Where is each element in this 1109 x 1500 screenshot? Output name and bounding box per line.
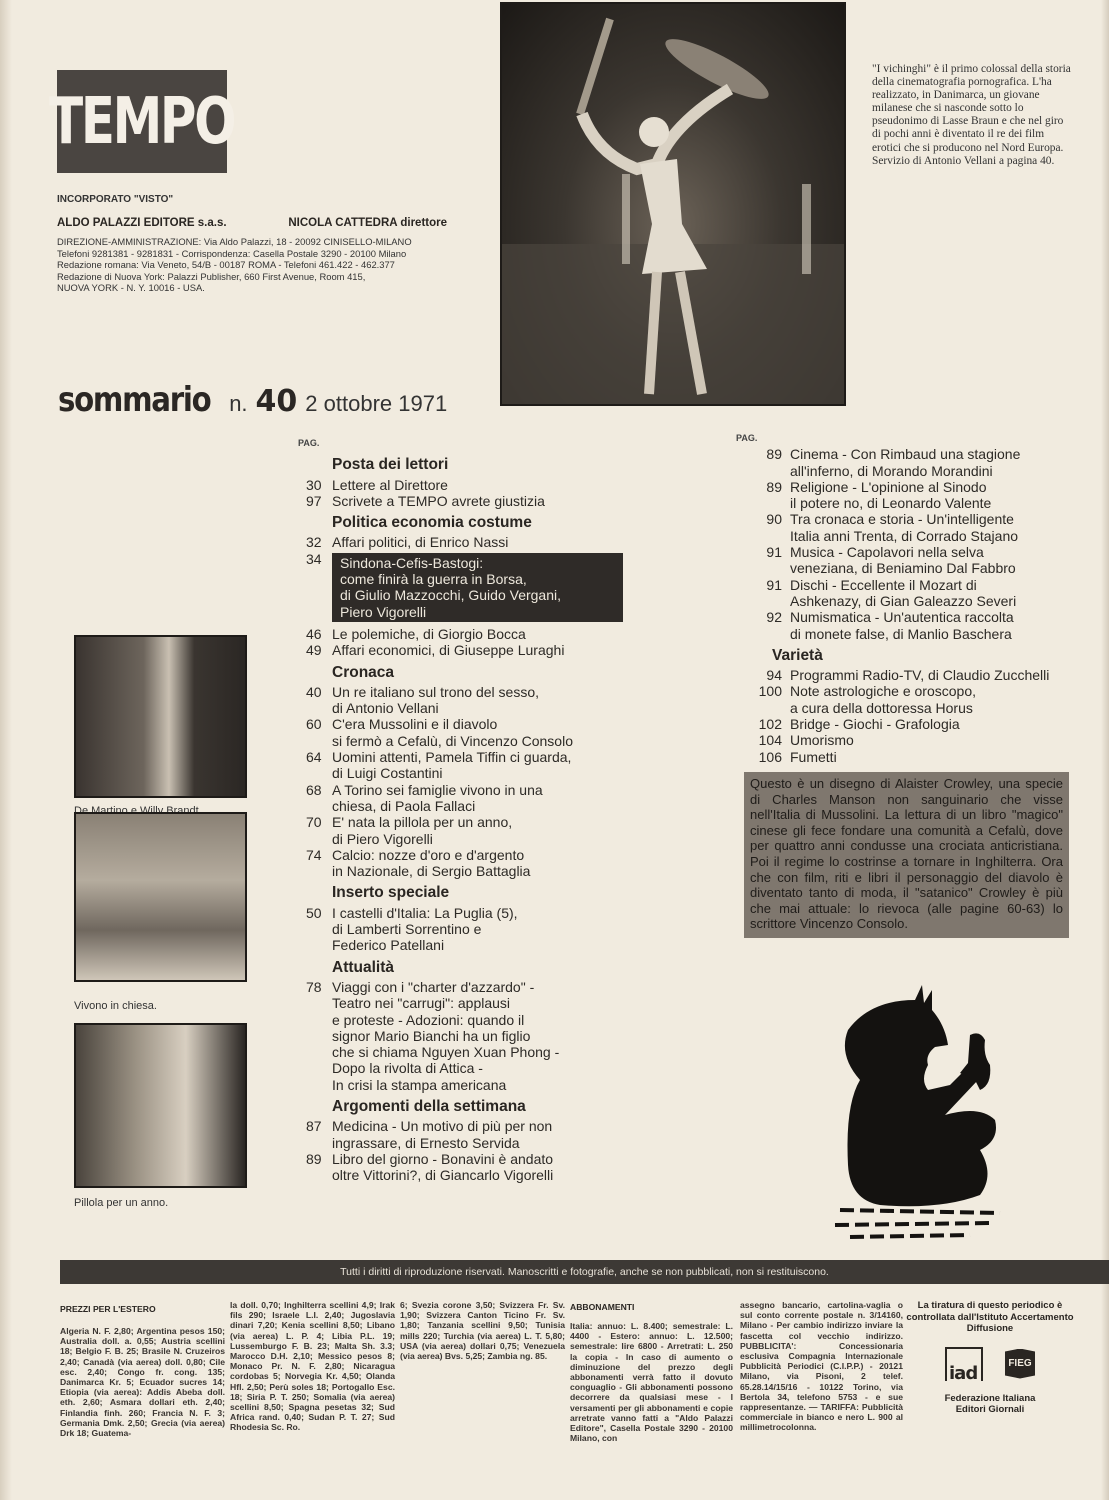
toc-page-number: 100 bbox=[748, 683, 790, 716]
toc-right-column: PAG. 89Cinema - Con Rimbaud una stagione… bbox=[748, 430, 1078, 765]
toc-entry: 89Religione - L'opinione al Sinodo il po… bbox=[748, 479, 1078, 512]
page-edge-shadow bbox=[0, 0, 12, 1500]
toc-entry: 102Bridge - Giochi - Grafologia bbox=[748, 716, 1078, 732]
rights-text: Tutti i diritti di riproduzione riservat… bbox=[340, 1266, 829, 1278]
toc-entry: 91Musica - Capolavori nella selva venezi… bbox=[748, 544, 1078, 577]
toc-entry: 74Calcio: nozze d'oro e d'argento in Naz… bbox=[306, 847, 636, 880]
toc-page-number: 60 bbox=[306, 716, 332, 749]
toc-article-title: E' nata la pillola per un anno, di Piero… bbox=[332, 814, 512, 847]
toc-article-title: Un re italiano sul trono del sesso, di A… bbox=[332, 684, 539, 717]
toc-article-title: Tra cronaca e storia - Un'intelligente I… bbox=[790, 511, 1018, 544]
toc-article-title: Medicina - Un motivo di più per non ingr… bbox=[332, 1118, 552, 1151]
toc-page-number: 92 bbox=[748, 609, 790, 642]
viking-woman-photo bbox=[500, 2, 846, 406]
address-line: Redazione di Nuova York: Palazzi Publish… bbox=[57, 271, 447, 283]
toc-article-title: Le polemiche, di Giorgio Bocca bbox=[332, 626, 526, 642]
toc-entry: 60C'era Mussolini e il diavolo si fermò … bbox=[306, 716, 636, 749]
toc-entry: 87Medicina - Un motivo di più per non in… bbox=[306, 1118, 636, 1151]
crowley-info-box: Questo è un disegno di Alaister Crowley,… bbox=[744, 772, 1069, 938]
toc-page-number: 34 bbox=[306, 551, 332, 626]
toc-page-number: 91 bbox=[748, 577, 790, 610]
prices-column-3: 6; Svezia corone 3,50; Svizzera Fr. Sv. … bbox=[400, 1300, 565, 1361]
toc-page-number: 64 bbox=[306, 749, 332, 782]
toc-article-title: I castelli d'Italia: La Puglia (5), di L… bbox=[332, 905, 518, 954]
toc-entry: 92Numismatica - Un'autentica raccolta di… bbox=[748, 609, 1078, 642]
toc-page-number: 102 bbox=[748, 716, 790, 732]
toc-entry: 30Lettere al Direttore bbox=[306, 477, 636, 493]
toc-page-number: 90 bbox=[748, 511, 790, 544]
toc-entry: 70E' nata la pillola per un anno, di Pie… bbox=[306, 814, 636, 847]
toc-article-title: Scrivete a TEMPO avrete giustizia bbox=[332, 493, 545, 509]
fieg-name: Federazione Italiana Editori Giornali bbox=[900, 1393, 1080, 1416]
toc-section-heading: Inserto speciale bbox=[332, 885, 636, 901]
sommario-title: sommario bbox=[58, 380, 210, 420]
toc-page-number: 97 bbox=[306, 493, 332, 509]
toc-page-number: 30 bbox=[306, 477, 332, 493]
toc-entry: 40Un re italiano sul trono del sesso, di… bbox=[306, 684, 636, 717]
photo-caption: Pillola per un anno. bbox=[74, 1197, 168, 1209]
toc-article-title: Note astrologiche e oroscopo, a cura del… bbox=[790, 683, 976, 716]
toc-entry: 68A Torino sei famiglie vivono in una ch… bbox=[306, 782, 636, 815]
toc-entry: 97Scrivete a TEMPO avrete giustizia bbox=[306, 493, 636, 509]
toc-section-heading: Varietà bbox=[772, 648, 1078, 664]
toc-page-number: 49 bbox=[306, 642, 332, 658]
toc-article-title: Programmi Radio-TV, di Claudio Zucchelli bbox=[790, 667, 1049, 683]
toc-article-title: C'era Mussolini e il diavolo si fermò a … bbox=[332, 716, 573, 749]
toc-entry: 32Affari politici, di Enrico Nassi bbox=[306, 534, 636, 550]
toc-page-number: 104 bbox=[748, 732, 790, 748]
hero-caption: "I vichinghi" è il primo colossal della … bbox=[872, 63, 1072, 168]
subscriptions-column-2: assegno bancario, cartolina-vaglia o sul… bbox=[740, 1300, 903, 1433]
issue-label: n. bbox=[229, 391, 247, 417]
viking-figure-illustration bbox=[502, 4, 844, 404]
toc-article-title: Lettere al Direttore bbox=[332, 477, 448, 493]
toc-entry: 100Note astrologiche e oroscopo, a cura … bbox=[748, 683, 1078, 716]
toc-article-title: Musica - Capolavori nella selva venezian… bbox=[790, 544, 1016, 577]
toc-article-title: Uomini attenti, Pamela Tiffin ci guarda,… bbox=[332, 749, 571, 782]
address-line: Redazione romana: Via Veneto, 54/B - 001… bbox=[57, 259, 447, 271]
toc-entry: 89Cinema - Con Rimbaud una stagione all'… bbox=[748, 446, 1078, 479]
photo-caption: Vivono in chiesa. bbox=[74, 1000, 157, 1012]
toc-page-number: 89 bbox=[748, 446, 790, 479]
toc-section-heading: Posta dei lettori bbox=[332, 457, 636, 473]
toc-article-title: Numismatica - Un'autentica raccolta di m… bbox=[790, 609, 1014, 642]
toc-article-title: Libro del giorno - Bonavini è andato olt… bbox=[332, 1151, 553, 1184]
toc-page-number: 106 bbox=[748, 749, 790, 765]
address-block: DIREZIONE-AMMINISTRAZIONE: Via Aldo Pala… bbox=[57, 236, 447, 294]
toc-entry: 50I castelli d'Italia: La Puglia (5), di… bbox=[306, 905, 636, 954]
toc-page-number: 91 bbox=[748, 544, 790, 577]
toc-page-number: 78 bbox=[306, 979, 332, 1093]
toc-entry-highlighted: 34Sindona-Cefis-Bastogi: come finirà la … bbox=[306, 551, 636, 626]
toc-entry: 49Affari economici, di Giuseppe Luraghi bbox=[306, 642, 636, 658]
toc-page-number: 68 bbox=[306, 782, 332, 815]
rights-notice-bar: Tutti i diritti di riproduzione riservat… bbox=[60, 1260, 1109, 1284]
toc-entry: 90Tra cronaca e storia - Un'intelligente… bbox=[748, 511, 1078, 544]
photo-church-families bbox=[74, 812, 247, 982]
toc-entry: 64Uomini attenti, Pamela Tiffin ci guard… bbox=[306, 749, 636, 782]
toc-article-title: Dischi - Eccellente il Mozart di Ashkena… bbox=[790, 577, 1016, 610]
toc-article-title: A Torino sei famiglie vivono in una chie… bbox=[332, 782, 543, 815]
toc-entry: 104Umorismo bbox=[748, 732, 1078, 748]
photo-pill-doctor bbox=[74, 1023, 247, 1188]
toc-page-number: 46 bbox=[306, 626, 332, 642]
toc-entry: 89Libro del giorno - Bonavini è andato o… bbox=[306, 1151, 636, 1184]
address-line: Telefoni 9281381 - 9281831 - Corrisponde… bbox=[57, 248, 447, 260]
toc-section-heading: Cronaca bbox=[332, 665, 636, 681]
toc-section-heading: Attualità bbox=[332, 960, 636, 976]
subscriptions-column-1: Italia: annuo: L. 8.400; semestrale: L. … bbox=[570, 1321, 733, 1443]
publisher-name: ALDO PALAZZI EDITORE s.a.s. bbox=[57, 217, 227, 229]
toc-article-title: Affari economici, di Giuseppe Luraghi bbox=[332, 642, 564, 658]
toc-page-number: 87 bbox=[306, 1118, 332, 1151]
pag-label: PAG. bbox=[736, 430, 1078, 446]
issue-date: 2 ottobre 1971 bbox=[305, 391, 447, 417]
toc-entry: 94Programmi Radio-TV, di Claudio Zucchel… bbox=[748, 667, 1078, 683]
toc-article-title: Sindona-Cefis-Bastogi: come finirà la gu… bbox=[332, 553, 623, 622]
toc-entry: 78Viaggi con i "charter d'azzardo" - Tea… bbox=[306, 979, 636, 1093]
fieg-logo-icon: FIEG bbox=[1005, 1349, 1035, 1379]
toc-article-title: Umorismo bbox=[790, 732, 854, 748]
photo-de-martino-brandt bbox=[74, 635, 247, 798]
certification-logos: iad FIEG bbox=[900, 1347, 1080, 1381]
toc-entry: 46Le polemiche, di Giorgio Bocca bbox=[306, 626, 636, 642]
circulation-certification: La tiratura di questo periodico è contro… bbox=[900, 1300, 1080, 1416]
publisher-row: ALDO PALAZZI EDITORE s.a.s. NICOLA CATTE… bbox=[57, 217, 447, 229]
devil-silhouette-illustration bbox=[820, 985, 1020, 1245]
toc-page-number: 70 bbox=[306, 814, 332, 847]
toc-left-column: PAG. Posta dei lettori30Lettere al Diret… bbox=[306, 435, 636, 1183]
subscriptions-title: ABBONAMENTI bbox=[570, 1302, 634, 1312]
toc-article-title: Bridge - Giochi - Grafologia bbox=[790, 716, 960, 732]
iad-logo-icon: iad bbox=[945, 1347, 983, 1381]
toc-article-title: Religione - L'opinione al Sinodo il pote… bbox=[790, 479, 991, 512]
toc-page-number: 89 bbox=[748, 479, 790, 512]
prices-title: PREZZI PER L'ESTERO bbox=[60, 1304, 156, 1314]
address-line: NUOVA YORK - N. Y. 10016 - USA. bbox=[57, 282, 447, 294]
pag-label: PAG. bbox=[298, 435, 636, 451]
toc-entry: 91Dischi - Eccellente il Mozart di Ashke… bbox=[748, 577, 1078, 610]
toc-page-number: 94 bbox=[748, 667, 790, 683]
incorporated-note: INCORPORATO "VISTO" bbox=[57, 194, 173, 205]
toc-page-number: 32 bbox=[306, 534, 332, 550]
toc-section-heading: Argomenti della settimana bbox=[332, 1099, 636, 1115]
toc-page-number: 50 bbox=[306, 905, 332, 954]
toc-page-number: 89 bbox=[306, 1151, 332, 1184]
tempo-logo: TEMPO bbox=[57, 70, 227, 173]
toc-section-heading: Politica economia costume bbox=[332, 515, 636, 531]
prices-column-2: la doll. 0,70; Inghilterra scellini 4,9;… bbox=[230, 1300, 395, 1433]
toc-article-title: Cinema - Con Rimbaud una stagione all'in… bbox=[790, 446, 1020, 479]
toc-page-number: 40 bbox=[306, 684, 332, 717]
sommario-heading: sommario n. 40 2 ottobre 1971 bbox=[58, 380, 447, 420]
toc-entry: 106Fumetti bbox=[748, 749, 1078, 765]
toc-article-title: Calcio: nozze d'oro e d'argento in Nazio… bbox=[332, 847, 530, 880]
toc-page-number: 74 bbox=[306, 847, 332, 880]
director-name: NICOLA CATTEDRA direttore bbox=[288, 217, 447, 229]
address-line: DIREZIONE-AMMINISTRAZIONE: Via Aldo Pala… bbox=[57, 236, 447, 248]
issue-number: 40 bbox=[256, 384, 298, 419]
prices-column-1: Algeria N. F. 2,80; Argentina pesos 150;… bbox=[60, 1326, 225, 1438]
toc-article-title: Fumetti bbox=[790, 749, 837, 765]
toc-article-title: Affari politici, di Enrico Nassi bbox=[332, 534, 508, 550]
tiratura-note: La tiratura di questo periodico è contro… bbox=[900, 1300, 1080, 1335]
toc-article-title: Viaggi con i "charter d'azzardo" - Teatr… bbox=[332, 979, 559, 1093]
